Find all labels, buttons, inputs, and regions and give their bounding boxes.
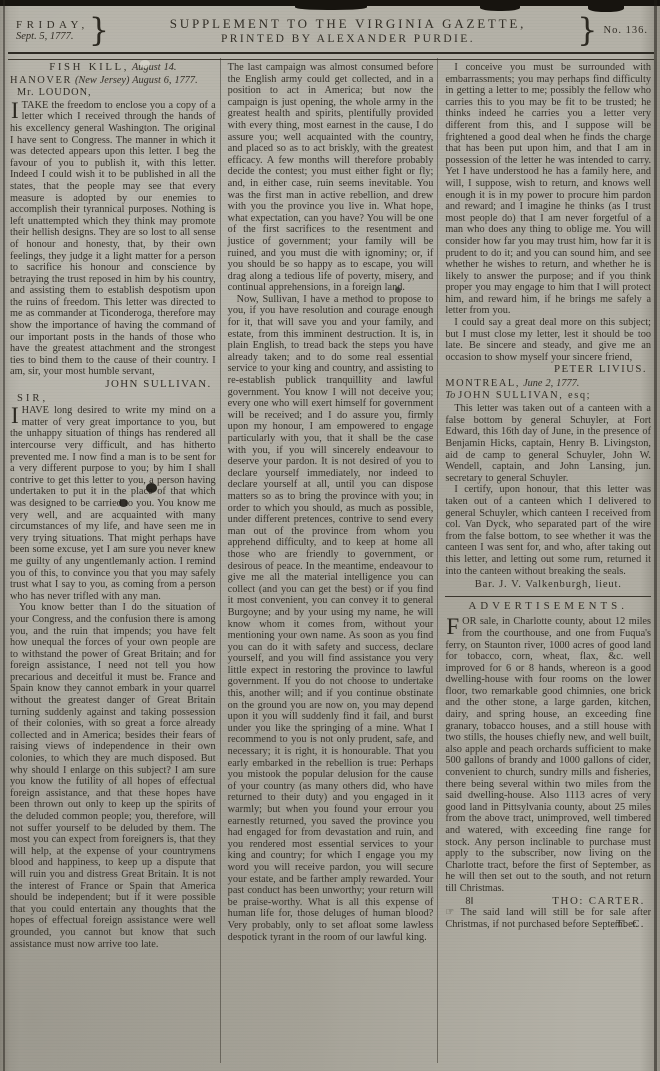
pointing-hand-icon: ☞ — [445, 907, 454, 918]
advertisements-rule — [445, 596, 651, 597]
salutation-sir: SIR, — [10, 393, 216, 405]
letter2-paragraph-4: Now, Sullivan, I have a method to propos… — [228, 294, 434, 943]
signature-carter: THO: CARTER. — [552, 896, 645, 908]
letter2-paragraph-2: You know better than I do the situation … — [10, 602, 216, 950]
newspaper-page: FRIDAY, Sept. 5, 1777. } SUPPLEMENT TO T… — [0, 0, 660, 1071]
ad1-text: OR sale, in Charlotte county, about 12 m… — [445, 616, 651, 894]
column-2: The last campaign was almost consumed be… — [228, 62, 434, 1065]
addressee-to: To — [445, 390, 455, 401]
column-1: FISH KILL, August 14. HANOVER (New Jerse… — [10, 62, 216, 1065]
signature-sullivan: JOHN SULLIVAN. — [10, 379, 212, 391]
masthead-title-line2: PRINTED BY ALEXANDER PURDIE. — [144, 33, 552, 45]
montreal-date: June 2, 1777. — [523, 378, 579, 389]
addressee-name: JOHN SULLIVAN, esq; — [458, 390, 591, 401]
drop-cap-f: F — [445, 616, 462, 636]
drop-cap-i: I — [10, 100, 22, 120]
letter1-text: TAKE the freedom to enclose you a copy o… — [10, 100, 216, 378]
advertisements-heading: ADVERTISEMENTS. — [445, 601, 651, 613]
ink-blot — [119, 499, 128, 507]
masthead-title-line1: SUPPLEMENT TO THE VIRGINIA GAZETTE, — [144, 16, 552, 32]
letter2-paragraph-1: IHAVE long desired to write my mind on a… — [10, 405, 216, 602]
dateline-date: August 14. — [132, 62, 176, 73]
dateline-montreal: MONTREAL, June 2, 1777. — [445, 378, 651, 390]
dateline2-place: HANOVER — [10, 75, 72, 86]
page-left-edge — [3, 0, 5, 1071]
ink-blot — [395, 287, 401, 293]
salutation-loudon: Mr. LOUDON, — [10, 87, 216, 99]
ink-blot — [146, 483, 157, 493]
dateline2-rest: (New Jersey) August 6, 1777. — [75, 75, 198, 86]
page-right-edge — [654, 0, 657, 1071]
left-brace-glyph: } — [89, 15, 109, 45]
issue-number: No. 136. — [604, 25, 648, 36]
masthead-date: Sept. 5, 1777. — [16, 31, 89, 42]
paper-stain — [140, 60, 150, 68]
dateline-place: FISH KILL, — [49, 61, 129, 73]
certificate-paragraph-2: I certify, upon honour, that this letter… — [445, 484, 651, 577]
montreal-place: MONTREAL, — [445, 378, 520, 389]
letter2-paragraph-5: I conceive you must be surrounded with e… — [445, 62, 651, 317]
masthead: FRIDAY, Sept. 5, 1777. } SUPPLEMENT TO T… — [16, 9, 648, 51]
addressee-line: To JOHN SULLIVAN, esq; — [445, 390, 651, 402]
masthead-dateblock: FRIDAY, Sept. 5, 1777. } — [16, 15, 144, 45]
ad1-paragraph: FOR sale, in Charlotte county, about 12 … — [445, 616, 651, 894]
signature-valkenburgh: Bar. J. V. Valkenburgh, lieut. — [445, 579, 651, 591]
letter2-paragraph-6: I could say a great deal more on this su… — [445, 317, 651, 363]
signature-tc: T. C. — [616, 919, 645, 931]
signature-livius: PETER LIVIUS. — [445, 364, 647, 376]
column-3: I conceive you must be surrounded with e… — [445, 62, 651, 1065]
masthead-double-rule — [8, 52, 654, 60]
masthead-issueblock: } No. 136. — [552, 15, 648, 45]
masthead-title: SUPPLEMENT TO THE VIRGINIA GAZETTE, PRIN… — [144, 16, 552, 45]
right-brace-glyph: } — [577, 15, 597, 45]
ad2-paragraph: ☞ The said land will still be for sale a… — [445, 907, 651, 930]
letter1-paragraph: ITAKE the freedom to enclose you a copy … — [10, 100, 216, 378]
dateline-fishkill: FISH KILL, August 14. — [10, 62, 216, 74]
certificate-paragraph-1: This letter was taken out of a canteen w… — [445, 403, 651, 484]
drop-cap-i2: I — [10, 405, 22, 425]
letter2-paragraph-3: The last campaign was almost consumed be… — [228, 62, 434, 294]
masthead-day: FRIDAY, — [16, 19, 89, 31]
letter2-p1-text: HAVE long desired to write my mind on a … — [10, 405, 216, 602]
ad1-mark: 8‖ — [465, 896, 473, 908]
text-columns: FISH KILL, August 14. HANOVER (New Jerse… — [10, 62, 651, 1065]
ad1-signature-row: 8‖ THO: CARTER. — [445, 896, 651, 908]
dateline-hanover: HANOVER (New Jersey) August 6, 1777. — [10, 75, 216, 87]
